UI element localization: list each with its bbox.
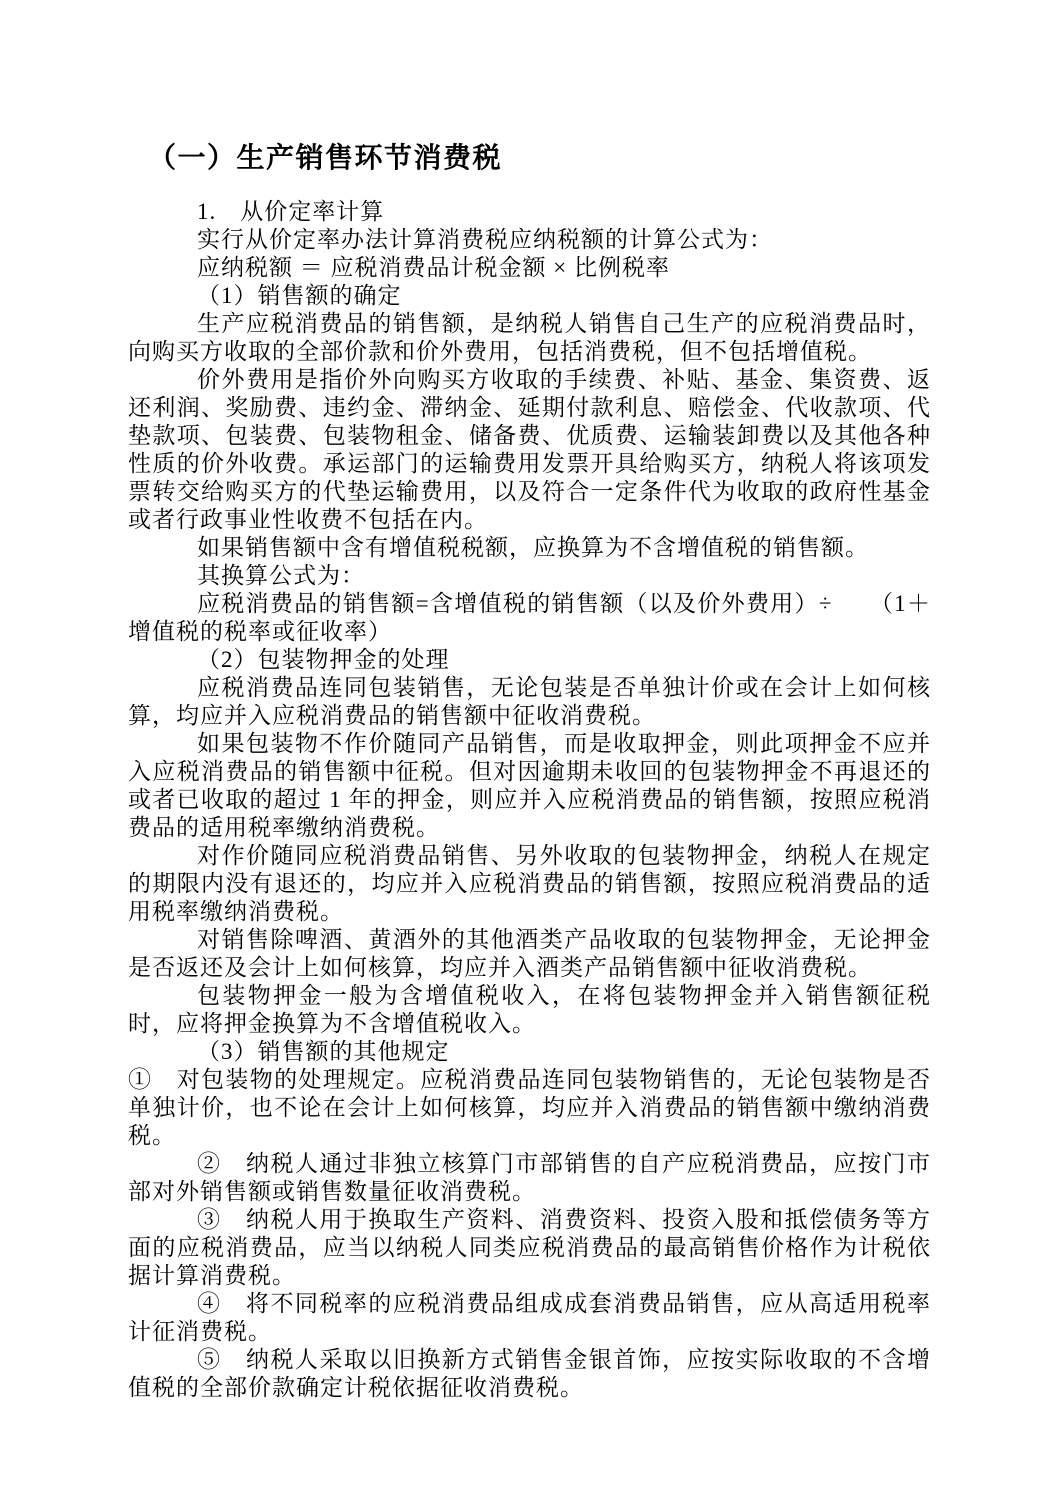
- document-page: （一）生产销售环节消费税 1. 从价定率计算实行从价定率办法计算消费税应纳税额的…: [0, 0, 1059, 1497]
- paragraph: ② 纳税人通过非独立核算门市部销售的自产应税消费品，应按门市部对外销售额或销售数…: [128, 1150, 931, 1206]
- paragraph: （3）销售额的其他规定: [128, 1038, 931, 1066]
- paragraph: 对作价随同应税消费品销售、另外收取的包装物押金，纳税人在规定的期限内没有退还的，…: [128, 842, 931, 926]
- paragraph: 对销售除啤酒、黄酒外的其他酒类产品收取的包装物押金，无论押金是否返还及会计上如何…: [128, 926, 931, 982]
- paragraph: 应纳税额 ＝ 应税消费品计税金额 × 比例税率: [128, 254, 931, 282]
- paragraph: 如果包装物不作价随同产品销售，而是收取押金，则此项押金不应并入应税消费品的销售额…: [128, 730, 931, 842]
- paragraph: ① 对包装物的处理规定。应税消费品连同包装物销售的，无论包装物是否单独计价，也不…: [128, 1066, 931, 1150]
- paragraph: ③ 纳税人用于换取生产资料、消费资料、投资入股和抵偿债务等方面的应税消费品，应当…: [128, 1206, 931, 1290]
- paragraph: 如果销售额中含有增值税税额，应换算为不含增值税的销售额。: [128, 534, 931, 562]
- section-heading: （一）生产销售环节消费税: [148, 143, 931, 175]
- paragraph: 1. 从价定率计算: [128, 198, 931, 226]
- paragraph: 价外费用是指价外向购买方收取的手续费、补贴、基金、集资费、返还利润、奖励费、违约…: [128, 366, 931, 534]
- paragraph: （2）包装物押金的处理: [128, 646, 931, 674]
- paragraph: 实行从价定率办法计算消费税应纳税额的计算公式为：: [128, 226, 931, 254]
- paragraph-list: 1. 从价定率计算实行从价定率办法计算消费税应纳税额的计算公式为：应纳税额 ＝ …: [128, 198, 931, 1402]
- paragraph: 包装物押金一般为含增值税收入，在将包装物押金并入销售额征税时，应将押金换算为不含…: [128, 982, 931, 1038]
- paragraph: （1）销售额的确定: [128, 282, 931, 310]
- paragraph: 应税消费品连同包装销售，无论包装是否单独计价或在会计上如何核算，均应并入应税消费…: [128, 674, 931, 730]
- paragraph: 生产应税消费品的销售额，是纳税人销售自己生产的应税消费品时，向购买方收取的全部价…: [128, 310, 931, 366]
- paragraph: 应税消费品的销售额=含增值税的销售额（以及价外费用）÷ （1＋增值税的税率或征收…: [128, 590, 931, 646]
- paragraph: 其换算公式为：: [128, 562, 931, 590]
- paragraph: ④ 将不同税率的应税消费品组成成套消费品销售，应从高适用税率计征消费税。: [128, 1290, 931, 1346]
- paragraph: ⑤ 纳税人采取以旧换新方式销售金银首饰，应按实际收取的不含增值税的全部价款确定计…: [128, 1346, 931, 1402]
